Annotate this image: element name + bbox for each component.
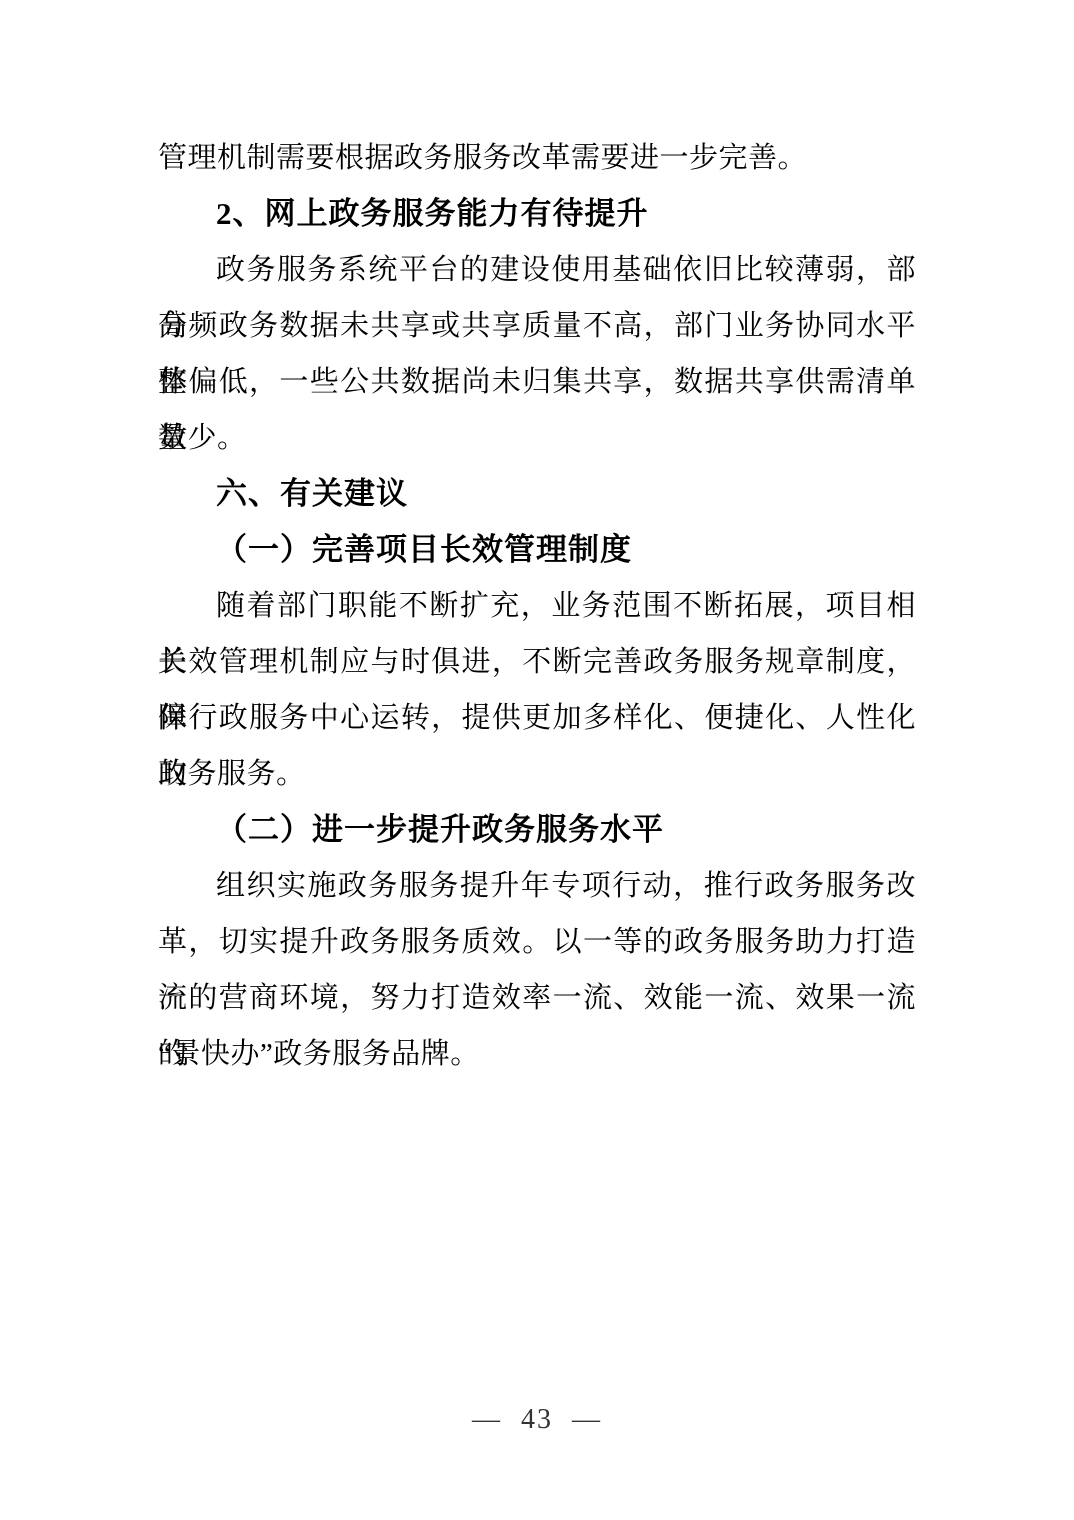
page-footer: — 43 — — [0, 1400, 1074, 1440]
document-body: 管理机制需要根据政务服务改革需要进一步完善。 2、网上政务服务能力有待提升 政务… — [158, 130, 916, 1082]
paragraph-line: 政务服务系统平台的建设使用基础依旧比较薄弱，部分 — [158, 242, 916, 298]
heading-improve-service-level: （二）进一步提升政务服务水平 — [158, 802, 916, 858]
paragraph-line: 长效管理机制应与时俱进，不断完善政务服务规章制度，保 — [158, 634, 916, 690]
paragraph-line: 革，切实提升政务服务质效。以一等的政务服务助力打造一 — [158, 914, 916, 970]
paragraph-last-line: 量少。 — [158, 410, 916, 466]
heading-suggestions: 六、有关建议 — [158, 466, 916, 522]
paragraph-line: 组织实施政务服务提升年专项行动，推行政务服务改 — [158, 858, 916, 914]
paragraph-last-line: “景快办”政务服务品牌。 — [158, 1026, 916, 1082]
paragraph-line: 体偏低，一些公共数据尚未归集共享，数据共享供需清单数 — [158, 354, 916, 410]
paragraph-line: 障行政服务中心运转，提供更加多样化、便捷化、人性化的 — [158, 690, 916, 746]
heading-improve-long-term-management: （一）完善项目长效管理制度 — [158, 522, 916, 578]
paragraph-continuation-line: 管理机制需要根据政务服务改革需要进一步完善。 — [158, 130, 916, 186]
paragraph-line: 流的营商环境，努力打造效率一流、效能一流、效果一流的 — [158, 970, 916, 1026]
document-page: 管理机制需要根据政务服务改革需要进一步完善。 2、网上政务服务能力有待提升 政务… — [0, 0, 1074, 1520]
heading-online-service-capability: 2、网上政务服务能力有待提升 — [158, 186, 916, 242]
paragraph-line: 高频政务数据未共享或共享质量不高，部门业务协同水平整 — [158, 298, 916, 354]
page-number: — 43 — — [472, 1404, 602, 1435]
paragraph-last-line: 政务服务。 — [158, 746, 916, 802]
paragraph-line: 随着部门职能不断扩充，业务范围不断拓展，项目相关 — [158, 578, 916, 634]
